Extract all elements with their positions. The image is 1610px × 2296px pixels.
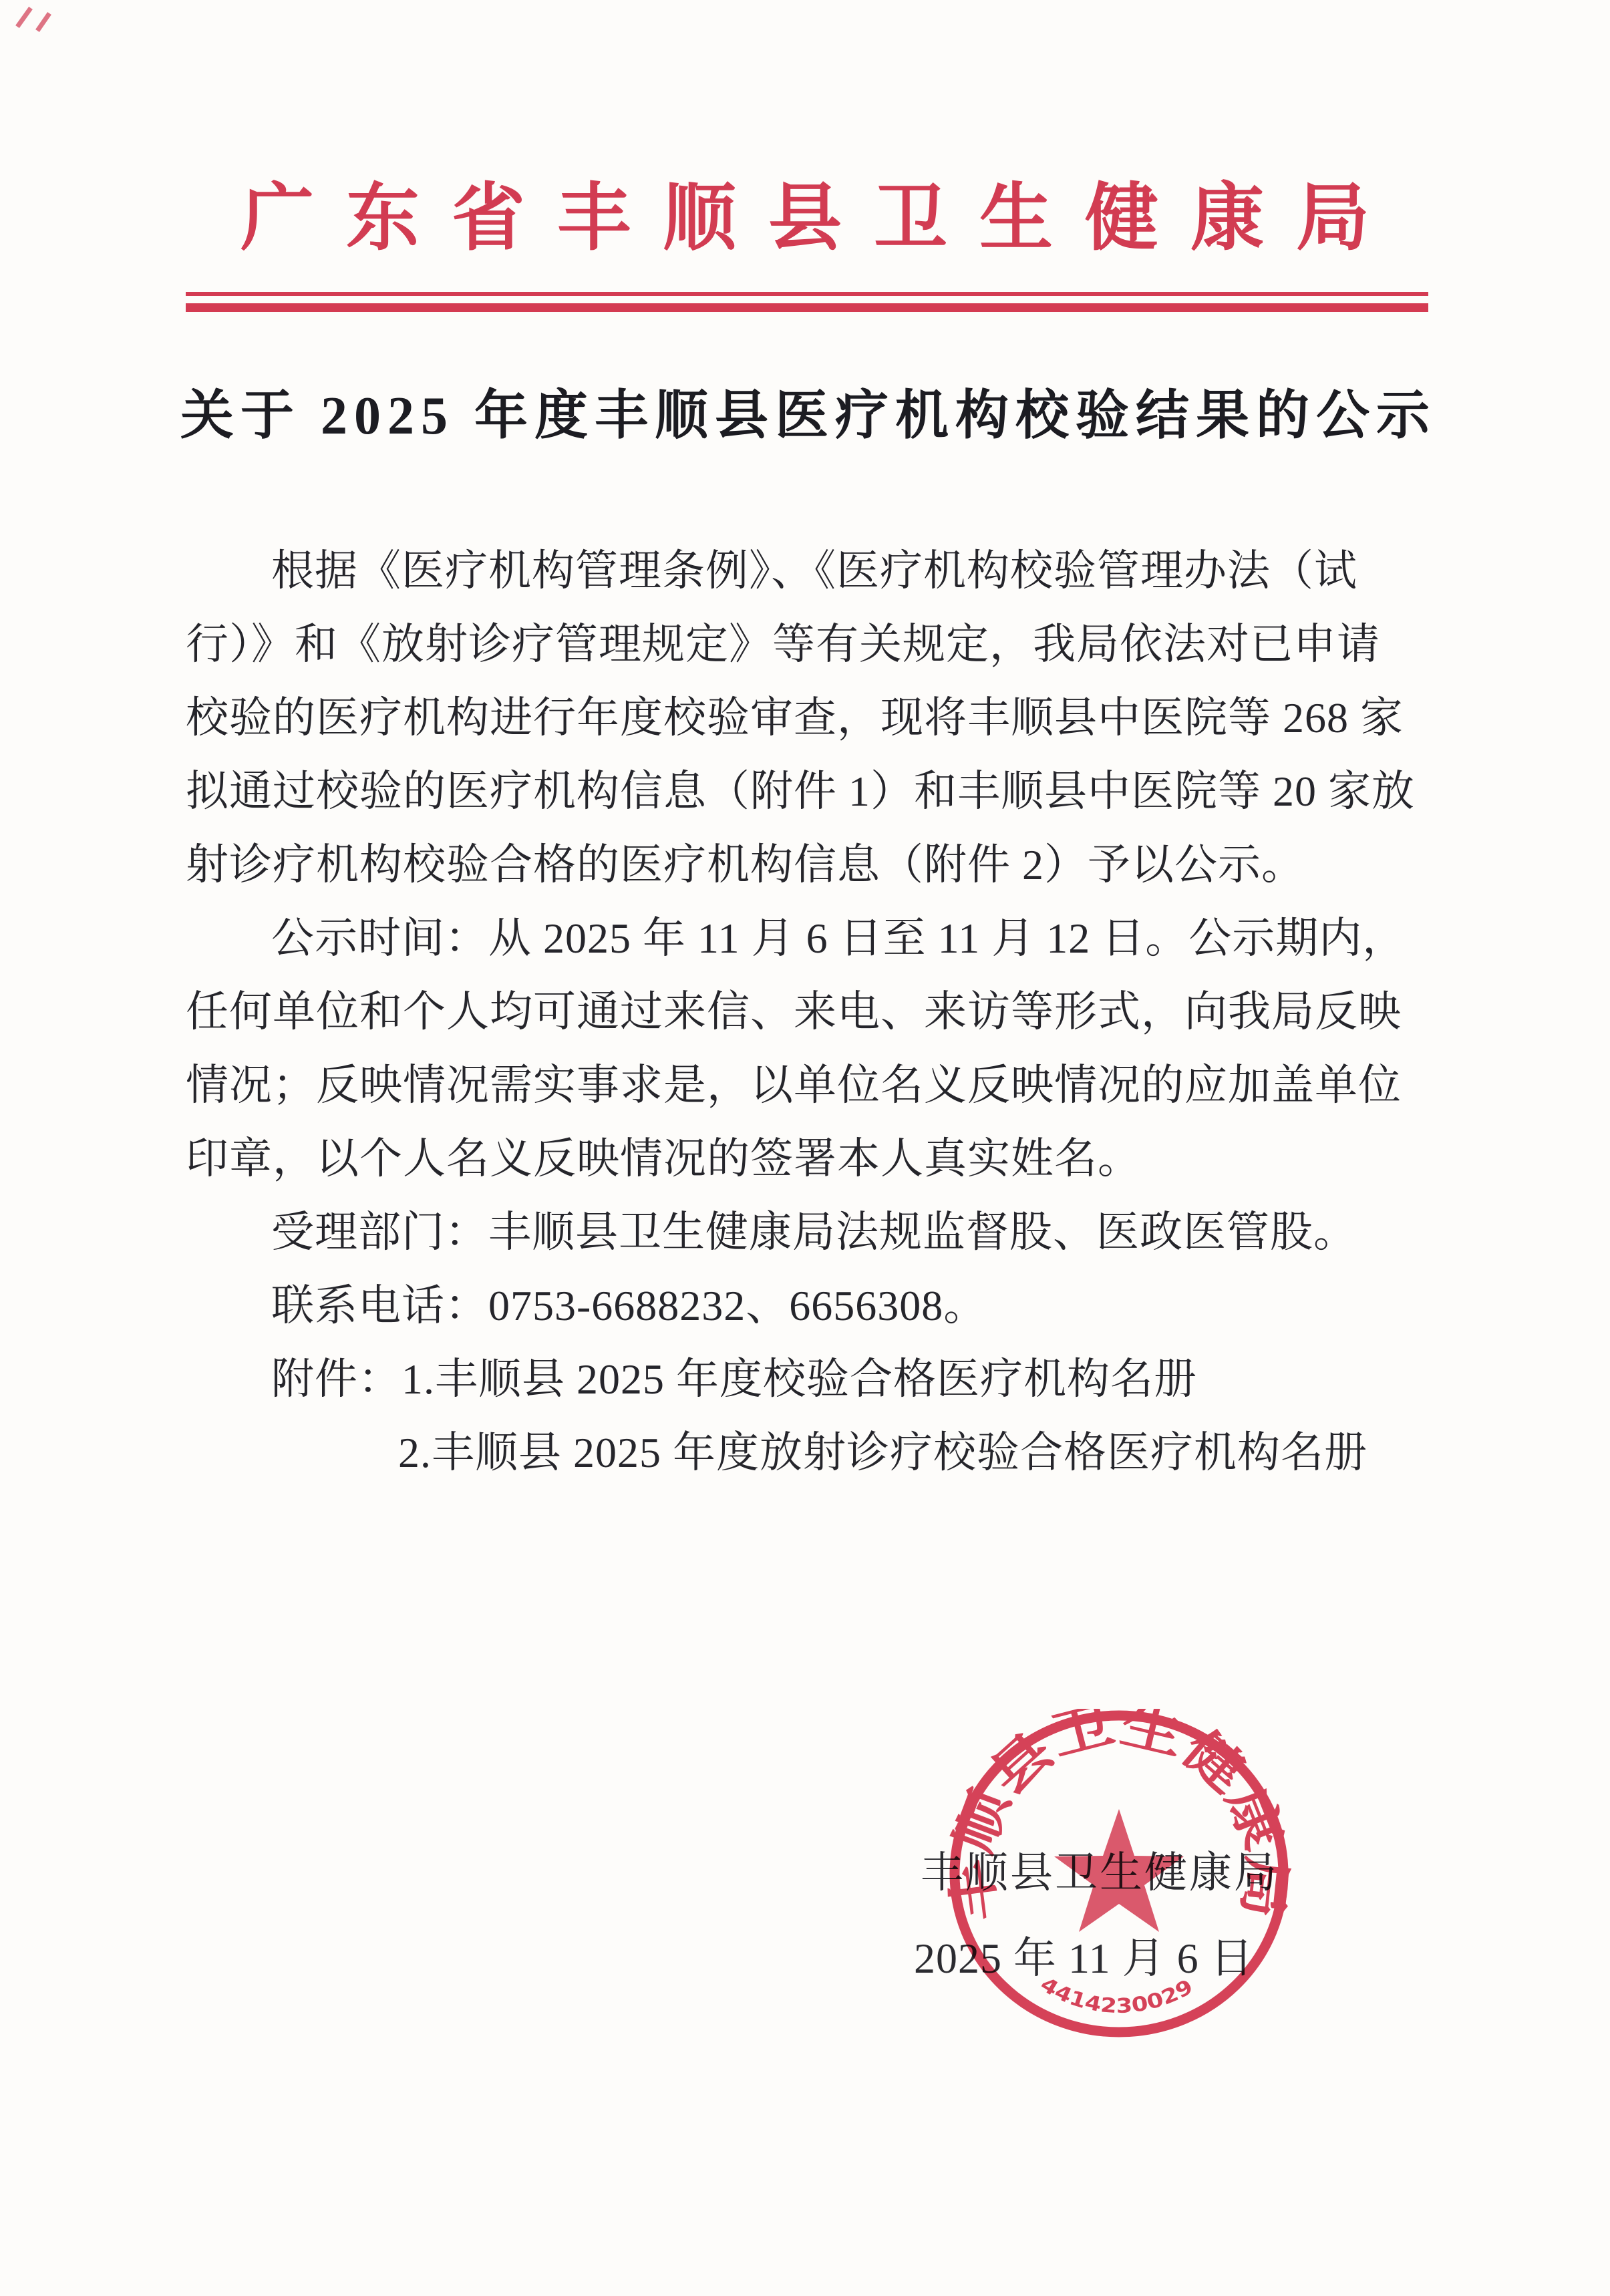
body-line: 联系电话：0753-6688232、6656308。: [186, 1269, 1438, 1343]
body-line: 射诊疗机构校验合格的医疗机构信息（附件 2）予以公示。: [186, 828, 1438, 902]
letterhead-rule-thick: [186, 303, 1428, 312]
letterhead-title: 广东省丰顺县卫生健康局: [0, 168, 1610, 269]
document-page: 广东省丰顺县卫生健康局 关于 2025 年度丰顺县医疗机构校验结果的公示 根据《…: [0, 0, 1610, 2296]
official-seal: 丰顺县卫生健康局 4414230029023: [942, 1709, 1296, 2043]
body-line: 情况；反映情况需实事求是，以单位名义反映情况的应加盖单位: [186, 1049, 1438, 1122]
body-line: 任何单位和个人均可通过来信、来电、来访等形式，向我局反映: [186, 975, 1438, 1049]
body-line: 印章，以个人名义反映情况的签署本人真实姓名。: [186, 1122, 1438, 1196]
seal-star-icon: [1054, 1809, 1184, 1932]
body-line: 拟通过校验的医疗机构信息（附件 1）和丰顺县中医院等 20 家放: [186, 755, 1438, 828]
document-title: 关于 2025 年度丰顺县医疗机构校验结果的公示: [0, 379, 1610, 453]
body-line: 受理部门：丰顺县卫生健康局法规监督股、医政医管股。: [186, 1196, 1438, 1269]
body-line: 行）》和《放射诊疗管理规定》等有关规定，我局依法对已申请: [186, 608, 1438, 681]
body-line: 2.丰顺县 2025 年度放射诊疗校验合格医疗机构名册: [186, 1416, 1438, 1490]
body-line: 附件：1.丰顺县 2025 年度校验合格医疗机构名册: [186, 1343, 1438, 1416]
body-line: 公示时间：从 2025 年 11 月 6 日至 11 月 12 日。公示期内，: [186, 902, 1438, 975]
letterhead-rule-thin: [186, 292, 1428, 296]
body-line: 校验的医疗机构进行年度校验审查，现将丰顺县中医院等 268 家: [186, 681, 1438, 755]
scan-artifact-mark: [13, 3, 56, 36]
body-line: 根据《医疗机构管理条例》、《医疗机构校验管理办法（试: [186, 534, 1438, 608]
document-body: 根据《医疗机构管理条例》、《医疗机构校验管理办法（试 行）》和《放射诊疗管理规定…: [186, 534, 1438, 1490]
